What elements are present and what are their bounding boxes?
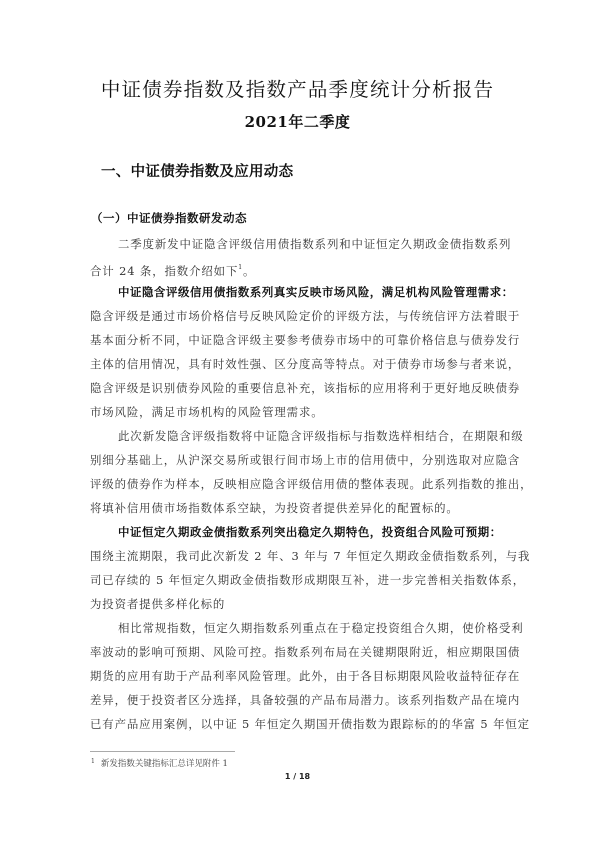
- line-text: 中证隐含评级信用债指数系列真实反映市场风险，满足机构风险管理需求：: [118, 285, 514, 299]
- paragraph-line: 相比常规指数，恒定久期指数系列重点在于稳定投资组合久期，使价格受利: [90, 616, 524, 640]
- paragraph-line: 司已存续的 5 年恒定久期政金债指数形成期限互补，进一步完善相关指数体系，: [90, 568, 525, 592]
- paragraph-line: 此次新发隐含评级指数将中证隐含评级指标与指数选样相结合，在期限和级: [90, 424, 524, 448]
- footnote: 1新发指数关键指标汇总详见附件 1: [91, 757, 228, 769]
- line-text: 为投资者提供多样化标的: [90, 597, 225, 611]
- section-heading: 一、中证债券指数及应用动态: [101, 160, 293, 181]
- line-text: 已有产品应用案例，以中证 5 年恒定久期国开债指数为跟踪标的的华富 5 年恒定: [90, 717, 530, 731]
- paragraph-line: 二季度新发中证隐含评级信用债指数系列和中证恒定久期政金债指数系列: [90, 232, 511, 256]
- report-subtitle: 2021年二季度: [0, 111, 595, 132]
- paragraph-line: 基本面分析不同，中证隐含评级主要参考债券市场中的可靠价格信息与债券发行: [90, 328, 520, 352]
- line-text: 差异，便于投资者区分选择，具备较强的产品布局潜力。该系列指数产品在境内: [90, 693, 520, 707]
- footnote-text: 新发指数关键指标汇总详见附件 1: [101, 759, 228, 769]
- paragraph-line: 围绕主流期限，我司此次新发 2 年、3 年与 7 年恒定久期政金债指数系列，与我: [90, 544, 530, 568]
- paragraph-line: 主体的信用情况，具有时效性强、区分度高等特点。对于债券市场参与者来说，: [90, 352, 520, 376]
- line-text: 相比常规指数，恒定久期指数系列重点在于稳定投资组合久期，使价格受利: [118, 621, 524, 635]
- document-page: 中证债券指数及指数产品季度统计分析报告 2021年二季度 一、中证债券指数及应用…: [0, 0, 595, 841]
- line-text: 评级的债券作为样本，反映相应隐含评级信用债的整体表现。此系列指数的推出，: [90, 477, 532, 491]
- line-text: 期货的应用有助于产品利率风险管理。此外，由于各目标期限风险收益特征存在: [90, 669, 520, 683]
- paragraph-line: 率波动的影响可预期、风险可控。指数系列布局在关键期限附近，相应期限国债: [90, 640, 520, 664]
- report-title: 中证债券指数及指数产品季度统计分析报告: [0, 74, 595, 102]
- line-text: 中证恒定久期政金债指数系列突出稳定久期特色，投资组合风险可预期：: [118, 525, 502, 539]
- paragraph-line: 评级的债券作为样本，反映相应隐含评级信用债的整体表现。此系列指数的推出，: [90, 472, 532, 496]
- line-text: 此次新发隐含评级指数将中证隐含评级指标与指数选样相结合，在期限和级: [118, 429, 524, 443]
- line-text: 司已存续的 5 年恒定久期政金债指数形成期限互补，进一步完善相关指数体系，: [90, 573, 525, 587]
- paragraph-line: 隐含评级是识别债券风险的重要信息补充，该指标的应用将利于更好地反映债券: [90, 376, 520, 400]
- line-text: 合计 24 条，指数介绍如下: [90, 264, 238, 278]
- paragraph-line: 期货的应用有助于产品利率风险管理。此外，由于各目标期限风险收益特征存在: [90, 664, 520, 688]
- paragraph-lead-line: 中证恒定久期政金债指数系列突出稳定久期特色，投资组合风险可预期：: [90, 520, 502, 544]
- line-suffix: 。: [243, 264, 255, 278]
- footnote-divider: [90, 751, 235, 752]
- page-number: 1 / 18: [0, 772, 595, 781]
- paragraph-line: 差异，便于投资者区分选择，具备较强的产品布局潜力。该系列指数产品在境内: [90, 688, 520, 712]
- line-text: 主体的信用情况，具有时效性强、区分度高等特点。对于债券市场参与者来说，: [90, 357, 520, 371]
- line-text: 隐含评级是通过市场价格信号反映风险定价的评级方法，与传统信评方法着眼于: [90, 309, 520, 323]
- line-text: 将填补信用债市场指数体系空缺，为投资者提供差异化的配置标的。: [90, 501, 459, 515]
- paragraph-line: 别细分基础上，从沪深交易所或银行间市场上市的信用债中，分别选取对应隐含: [90, 448, 520, 472]
- line-text: 市场风险，满足市场机构的风险管理需求。: [90, 405, 324, 419]
- line-text: 基本面分析不同，中证隐含评级主要参考债券市场中的可靠价格信息与债券发行: [90, 333, 520, 347]
- line-text: 别细分基础上，从沪深交易所或银行间市场上市的信用债中，分别选取对应隐含: [90, 453, 520, 467]
- paragraph-line: 合计 24 条，指数介绍如下1。: [90, 256, 255, 280]
- subsection-heading: （一）中证债券指数研发动态: [91, 210, 247, 226]
- footnote-number: 1: [91, 758, 95, 765]
- line-text: 隐含评级是识别债券风险的重要信息补充，该指标的应用将利于更好地反映债券: [90, 381, 520, 395]
- line-text: 率波动的影响可预期、风险可控。指数系列布局在关键期限附近，相应期限国债: [90, 645, 520, 659]
- paragraph-line: 市场风险，满足市场机构的风险管理需求。: [90, 400, 324, 424]
- paragraph-line: 隐含评级是通过市场价格信号反映风险定价的评级方法，与传统信评方法着眼于: [90, 304, 520, 328]
- paragraph-lead-line: 中证隐含评级信用债指数系列真实反映市场风险，满足机构风险管理需求：: [90, 280, 514, 304]
- line-text: 二季度新发中证隐含评级信用债指数系列和中证恒定久期政金债指数系列: [118, 237, 511, 251]
- paragraph-line: 将填补信用债市场指数体系空缺，为投资者提供差异化的配置标的。: [90, 496, 459, 520]
- paragraph-line: 已有产品应用案例，以中证 5 年恒定久期国开债指数为跟踪标的的华富 5 年恒定: [90, 712, 530, 736]
- line-text: 围绕主流期限，我司此次新发 2 年、3 年与 7 年恒定久期政金债指数系列，与我: [90, 549, 530, 563]
- paragraph-line: 为投资者提供多样化标的: [90, 592, 225, 616]
